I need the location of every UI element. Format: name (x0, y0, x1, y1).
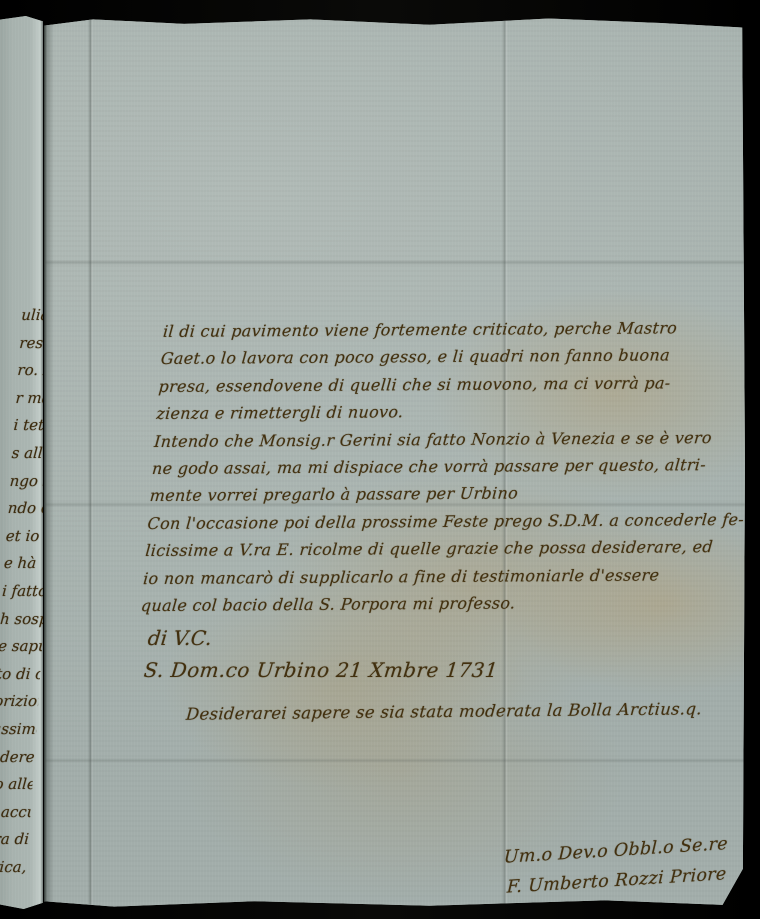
fold-crease-horizontal-3 (44, 758, 745, 763)
letter-line: presa, essendovene di quelli che si muov… (158, 369, 735, 400)
letter-line: quale col bacio della S. Porpora mi prof… (140, 588, 717, 619)
left-fragment: to alle (0, 771, 33, 799)
left-fragment: ora disse, (0, 826, 30, 854)
left-fragment: h sospet- (0, 606, 45, 634)
fold-crease-vertical-1 (88, 14, 93, 912)
left-fragment: e saputo. (0, 633, 43, 661)
manuscript-photo: ulia resti ro. Il r maggiore i tetti s a… (0, 0, 760, 919)
left-fragment: brica, (0, 854, 28, 882)
letter-line: Intendo che Monsig.r Gerini sia fatto No… (153, 424, 730, 455)
letter-line: mente vorrei pregarlo à passare per Urbi… (149, 478, 726, 509)
left-page-strip: ulia resti ro. Il r maggiore i tetti s a… (0, 16, 43, 909)
left-fragment: ndere (0, 744, 35, 772)
letter-line: Gaet.o lo lavora con poco gesso, e li qu… (160, 341, 737, 372)
letter-sheet: il di cui pavimento viene fortemente cri… (44, 14, 745, 912)
letter-line: licissime a V.ra E. ricolme di quelle gr… (144, 533, 721, 564)
left-fragment: e hà (3, 550, 49, 578)
letter-dateline: S. Dom.co Urbino 21 Xmbre 1731 (143, 658, 500, 682)
letter-line: zienza e rimettergli di nuovo. (155, 396, 732, 427)
letter-body: il di cui pavimento viene fortemente cri… (140, 314, 739, 620)
signature-block: Um.o Dev.o Obbl.o Se.re F. Umberto Rozzi… (501, 829, 728, 903)
left-fragment: i fatto (1, 578, 47, 606)
letter-line: il di cui pavimento viene fortemente cri… (162, 314, 739, 345)
left-fragment: et io (5, 523, 51, 551)
left-fragment: assime (0, 716, 37, 744)
fold-crease-horizontal-1 (44, 260, 745, 265)
letter-postscript: Desiderarei sapere se sia stata moderata… (185, 699, 702, 723)
letter-line: io non mancarò di supplicarlo a fine di … (142, 561, 719, 592)
letter-line: ne godo assai, ma mi dispiace che vorrà … (151, 451, 728, 482)
letter-closing: di V.C. (147, 626, 213, 650)
left-fragment: to di ciò (0, 661, 41, 689)
binding-crease (44, 14, 54, 912)
left-fragment: u accu- (0, 799, 32, 827)
left-fragment: orizione (0, 688, 39, 716)
letter-line: Con l'occasione poi della prossime Feste… (146, 506, 723, 537)
